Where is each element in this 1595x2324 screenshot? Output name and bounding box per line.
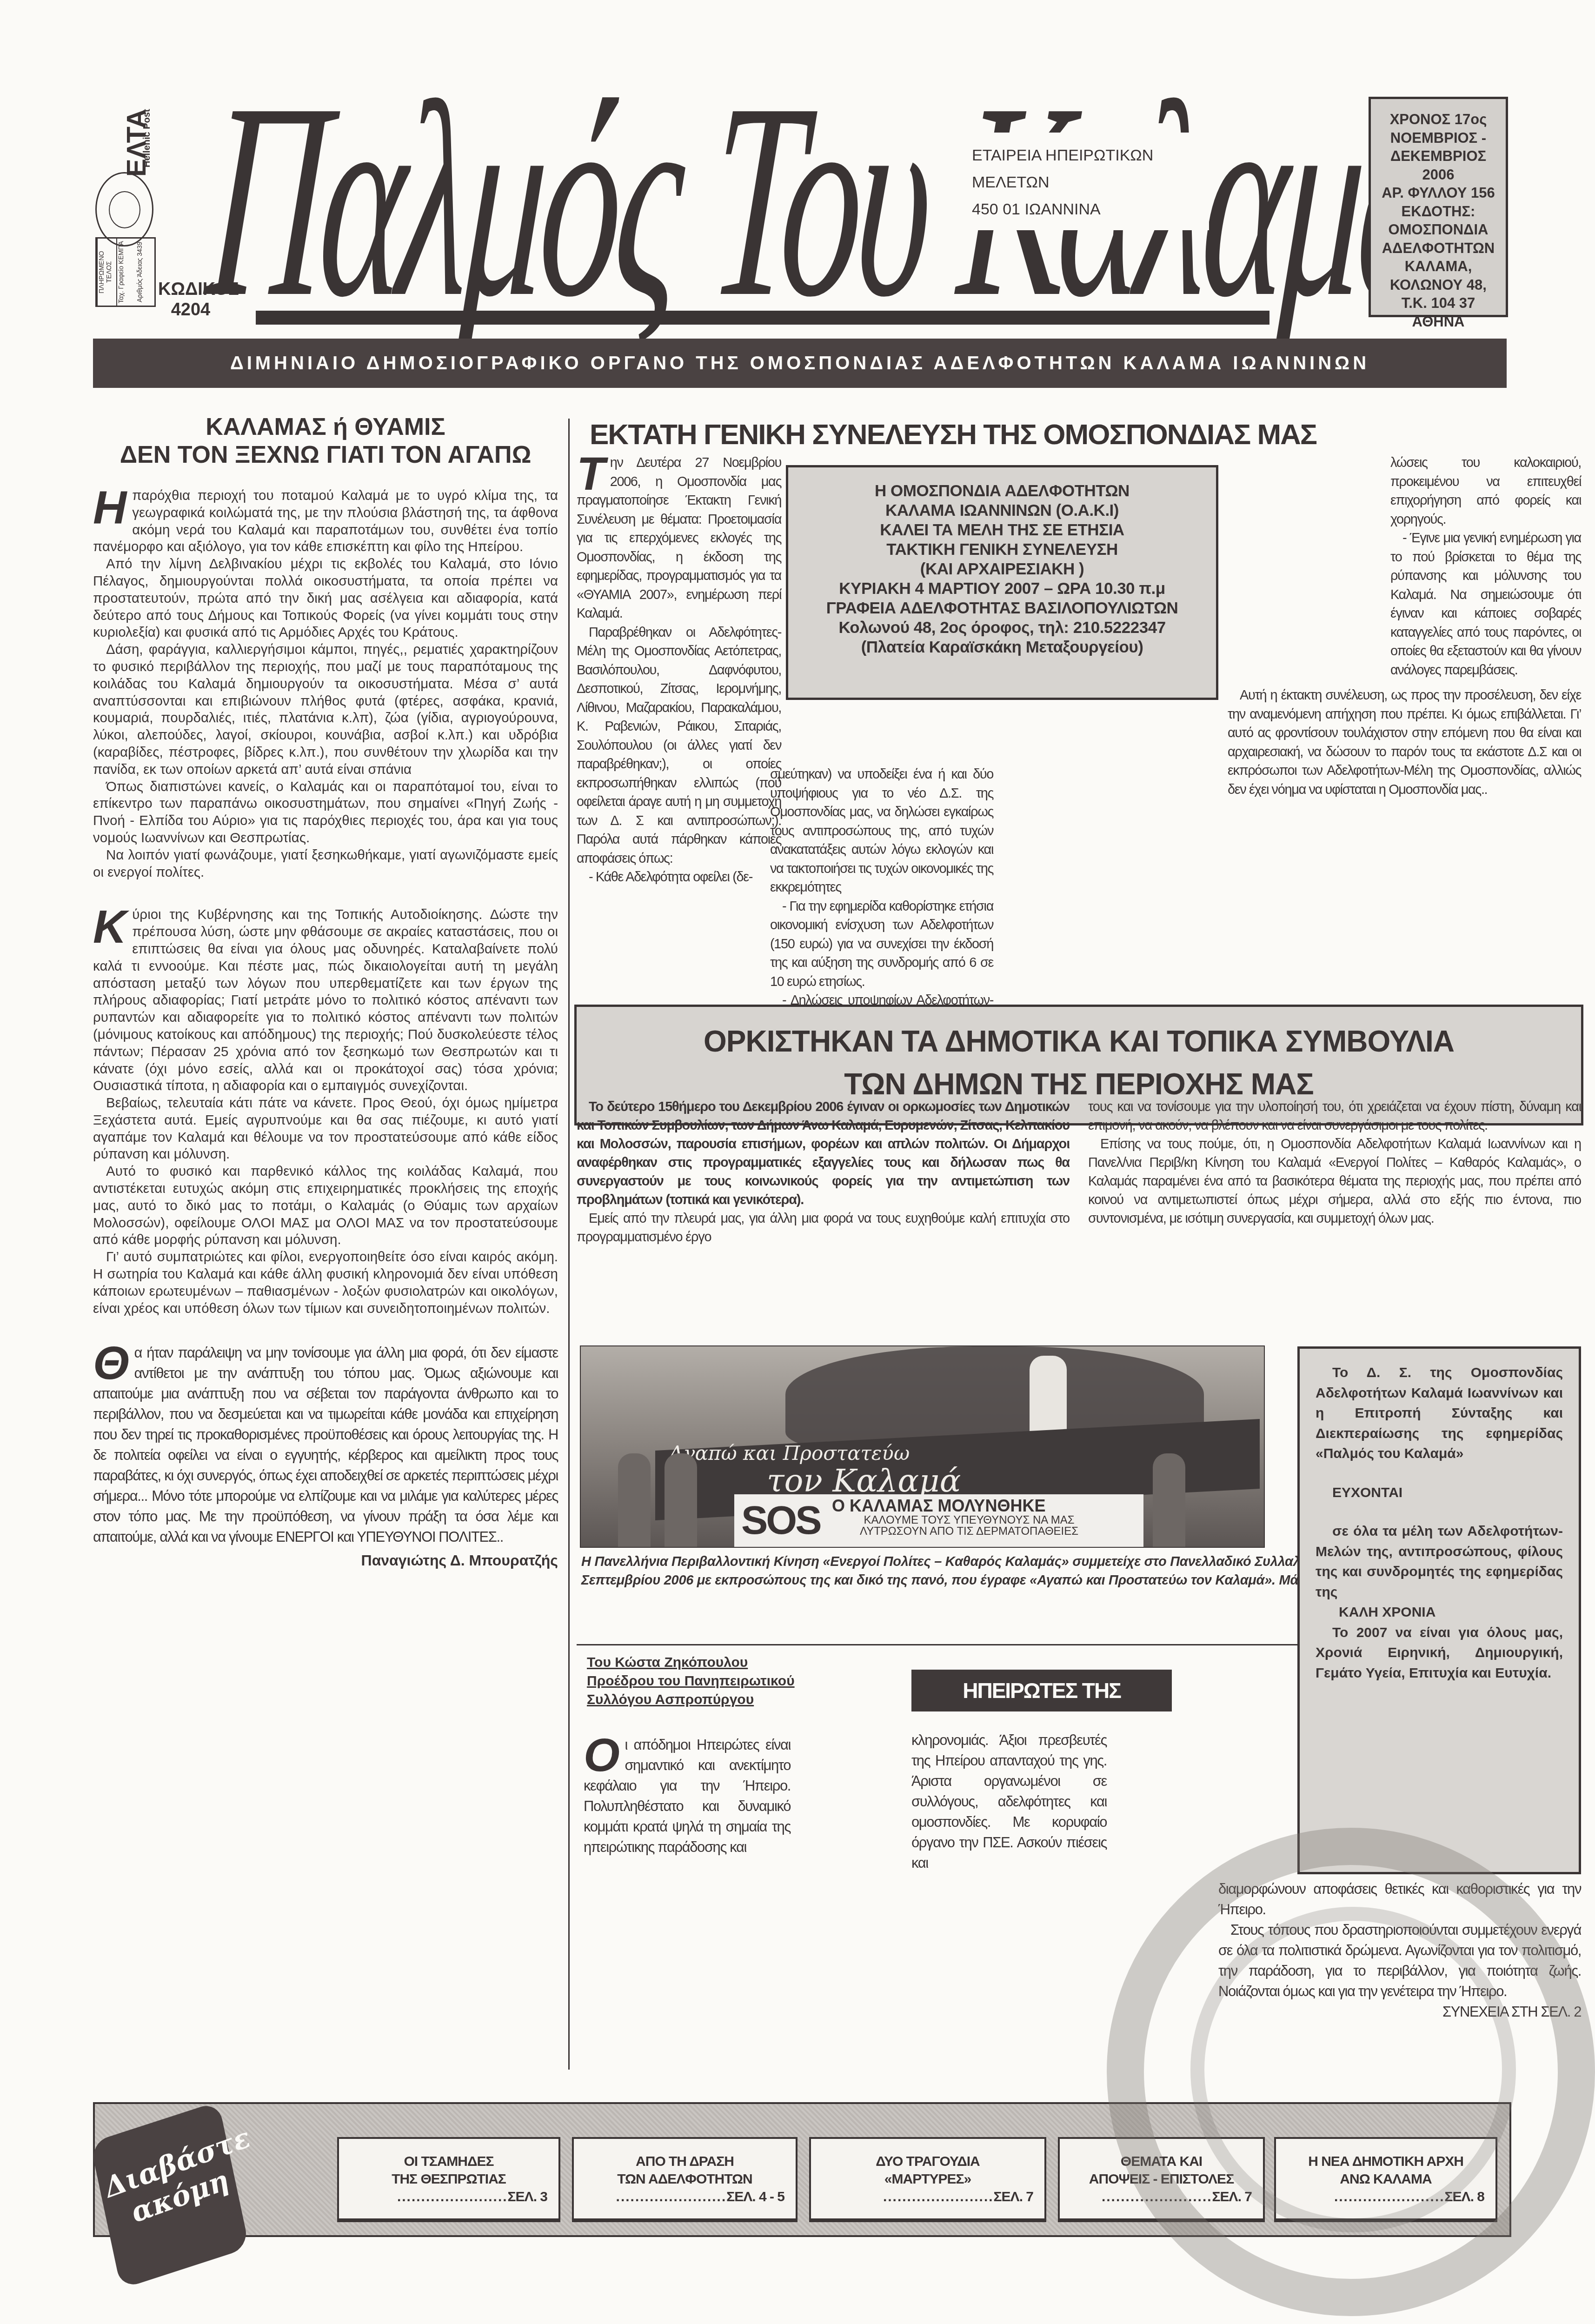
paragraph: Δάση, φαράγγια, καλλιεργήσιμοι κάμποι, π…: [93, 641, 558, 778]
dropcap: Ο: [584, 1737, 619, 1774]
banner-text: Αγαπώ και Προστατεύω: [669, 1442, 910, 1465]
person-figure: [618, 1453, 651, 1548]
paragraph: Αυτό το φυσικό και παρθενικό κάλλος της …: [93, 1163, 558, 1249]
notice-line: (ΚΑΙ ΑΡΧΑΙΡΕΣΙΑΚΗ ): [788, 559, 1216, 579]
dropcap: Η: [93, 489, 126, 526]
paid-box-line: Ταχ. Γραφείο ΚΕΜΠΑ: [116, 239, 136, 306]
diaspora-column-1: Οι απόδημοι Ηπειρώτες είναι σημαντικό κα…: [584, 1735, 791, 1858]
newspaper-title: Παλμός Του Καλαμά: [201, 60, 1447, 340]
paragraph: - Έγινε μια γενική ενημέρωση για το πού …: [1390, 529, 1581, 679]
assembly-column-2: σμεύτηκαν) να υποδείξει ένα ή και δύο υπ…: [770, 765, 993, 1029]
byline-line: Προέδρου του Πανηπειρωτικού: [587, 1672, 847, 1691]
notice-line: ΚΑΛΕΙ ΤΑ ΜΕΛΗ ΤΗΣ ΣΕ ΕΤΗΣΙΑ: [788, 520, 1216, 540]
paragraph: Εμείς από την πλευρά μας, για άλλη μια φ…: [577, 1209, 1070, 1246]
teaser-title: «ΜΑΡΤΥΡΕΣ»: [811, 2171, 1044, 2188]
dropcap: Τ: [577, 455, 605, 493]
diaspora-column-3: διαμορφώνουν αποφάσεις θετικές και καθορ…: [1218, 1879, 1581, 2022]
greetings-box: Το Δ. Σ. της Ομοσπονδίας Αδελφοτήτων Καλ…: [1297, 1346, 1581, 1874]
paragraph: ύριοι της Κυβέρνησης και της Τοπικής Αυτ…: [93, 907, 558, 1093]
teaser-title: ΤΩΝ ΑΔΕΛΦΟΤΗΤΩΝ: [574, 2171, 796, 2188]
paid-box-line: ΠΛΗΡΩΜΕΝΟ ΤΕΛΟΣ: [97, 239, 116, 306]
paragraph: - Κάθε Αδελφότητα οφείλει (δε-: [577, 868, 781, 887]
paragraph: Στους τόπους που δραστηριοποιούνται συμμ…: [1218, 1920, 1581, 2002]
paragraph: Το Δ. Σ. της Ομοσπονδίας Αδελφοτήτων Καλ…: [1316, 1363, 1563, 1464]
paragraph: ΕΥΧΟΝΤΑΙ: [1316, 1483, 1563, 1503]
issue-line: ΑΔΕΛΦΟΤΗΤΩΝ: [1371, 239, 1506, 258]
paragraph: Από την λίμνη Δελβινακίου μέχρι τις εκβο…: [93, 556, 558, 641]
paragraph: ην Δευτέρα 27 Νοεμβρίου 2006, η Ομοσπονδ…: [577, 455, 781, 621]
headline-line: ΔΕΝ ΤΟΝ ΞΕΧΝΩ ΓΙΑΤΙ ΤΟΝ ΑΓΑΠΩ: [93, 441, 558, 469]
assembly-notice-box: Η ΟΜΟΣΠΟΝΔΙΑ ΑΔΕΛΦΟΤΗΤΩΝ ΚΑΛΑΜΑ ΙΩΑΝΝΙΝΩ…: [786, 465, 1218, 700]
notice-line: ΓΡΑΦΕΙΑ ΑΔΕΛΦΟΤΗΤΑΣ ΒΑΣΙΛΟΠΟΥΛΙΩΤΩΝ: [788, 599, 1216, 618]
publisher-line: 450 01 ΙΩΑΝΝΙΝΑ: [972, 196, 1200, 223]
notice-line: Η ΟΜΟΣΠΟΝΔΙΑ ΑΔΕΛΦΟΤΗΤΩΝ: [788, 481, 1216, 501]
sos-title: Ο ΚΑΛΑΜΑΣ ΜΟΛΥΝΘΗΚΕ: [832, 1496, 1045, 1516]
issue-line: ΝΟΕΜΒΡΙΟΣ -: [1371, 129, 1506, 147]
paragraph: Το 2007 να είναι για όλους μας, Χρονιά Ε…: [1316, 1623, 1563, 1684]
teaser-title: ΔΥΟ ΤΡΑΓΟΥΔΙΑ: [811, 2153, 1044, 2171]
paragraph: Γι’ αυτό συμπατριώτες και φίλοι, ενεργοπ…: [93, 1249, 558, 1317]
teaser-title: ΘΕΜΑΤΑ ΚΑΙ: [1060, 2153, 1263, 2171]
paragraph: Βεβαίως, τελευταία κάτι πάτε να κάνετε. …: [93, 1095, 558, 1163]
issue-line: ΚΑΛΑΜΑ,: [1371, 257, 1506, 276]
sos-text: SOS: [741, 1498, 820, 1544]
dropcap: Κ: [93, 908, 126, 946]
postal-stamp-icon: [95, 172, 153, 246]
headline-line: ΟΡΚΙΣΤΗΚΑΝ ΤΑ ΔΗΜΟΤΙΚΑ ΚΑΙ ΤΟΠΙΚΑ ΣΥΜΒΟΥ…: [577, 1020, 1581, 1063]
column-divider: [568, 419, 570, 2070]
paragraph: - Για την εφημερίδα καθορίστηκε ετήσια ο…: [770, 897, 993, 992]
paragraph: σμεύτηκαν) να υποδείξει ένα ή και δύο υπ…: [770, 765, 993, 897]
teaser-page: ΣΕΛ. 4 - 5: [574, 2188, 796, 2206]
notice-line: ΤΑΚΤΙΚΗ ΓΕΝΙΚΗ ΣΥΝΕΛΕΥΣΗ: [788, 540, 1216, 559]
issue-line: ΔΕΚΕΜΒΡΙΟΣ: [1371, 147, 1506, 166]
paragraph: σε όλα τα μέλη των Αδελφοτήτων-Μελών της…: [1316, 1521, 1563, 1602]
teaser-item[interactable]: Η ΝΕΑ ΔΗΜΟΤΙΚΗ ΑΡΧΗ ΑΝΩ ΚΑΛΑΜΑ ΣΕΛ. 8: [1274, 2137, 1497, 2222]
publisher-line: ΜΕΛΕΤΩΝ: [972, 169, 1200, 196]
paid-box-line: Αριθμός Άδειας 3439: [136, 239, 154, 306]
byline-line: Του Κώστα Ζηκόπουλου: [587, 1653, 847, 1672]
teaser-page: ΣΕΛ. 7: [1060, 2188, 1263, 2206]
person-figure: [665, 1453, 697, 1548]
dropcap: Θ: [93, 1345, 128, 1382]
issue-line: ΕΚΔΟΤΗΣ:: [1371, 202, 1506, 221]
paragraph: Παραβρέθηκαν οι Αδελφότητες-Μέλη της Ομο…: [577, 623, 781, 868]
paragraph: παρόχθια περιοχή του ποταμού Καλαμά με τ…: [93, 488, 558, 554]
oath-column-1: Το δεύτερο 15θήμερο του Δεκεμβρίου 2006 …: [577, 1098, 1070, 1246]
issue-line: ΑΘΗΝΑ: [1371, 313, 1506, 331]
publisher-line: ΕΤΑΙΡΕΙΑ ΗΠΕΙΡΩΤΙΚΩΝ: [972, 142, 1200, 169]
headline-line: ΚΑΛΑΜΑΣ ή ΘΥΑΜΙΣ: [93, 413, 558, 441]
issue-line: ΑΡ. ΦΥΛΛΟΥ 156: [1371, 184, 1506, 202]
elta-brand-sub: Hellenic Post: [142, 109, 153, 167]
assembly-headline: ΕΚΤΑΤΗ ΓΕΝΙΚΗ ΣΥΝΕΛΕΥΣΗ ΤΗΣ ΟΜΟΣΠΟΝΔΙΑΣ …: [590, 416, 1575, 453]
author-signature: Παναγιώτης Δ. Μπουρατζής: [93, 1552, 558, 1569]
notice-line: ΚΑΛΑΜΑ ΙΩΑΝΝΙΝΩΝ (Ο.Α.Κ.Ι): [788, 501, 1216, 520]
paragraph: διαμορφώνουν αποφάσεις θετικές και καθορ…: [1218, 1879, 1581, 1920]
teaser-title: ΑΝΩ ΚΑΛΑΜΑ: [1276, 2171, 1495, 2188]
notice-line: ΚΥΡΙΑΚΗ 4 ΜΑΡΤΙΟΥ 2007 – ΩΡΑ 10.30 π.μ: [788, 579, 1216, 599]
publisher-box: ΕΤΑΙΡΕΙΑ ΗΠΕΙΡΩΤΙΚΩΝ ΜΕΛΕΤΩΝ 450 01 ΙΩΑΝ…: [930, 133, 1209, 230]
issue-line: 2006: [1371, 166, 1506, 184]
paragraph: Το δεύτερο 15θήμερο του Δεκεμβρίου 2006 …: [577, 1098, 1070, 1209]
paragraph: α ήταν παράλειψη να μην τονίσουμε για άλ…: [93, 1345, 558, 1545]
teaser-page: ΣΕΛ. 7: [811, 2188, 1044, 2206]
paragraph: λώσεις του καλοκαιριού, προκειμένου να ε…: [1390, 453, 1581, 529]
article-kalamas: ΚΑΛΑΜΑΣ ή ΘΥΑΜΙΣ ΔΕΝ ΤΟΝ ΞΕΧΝΩ ΓΙΑΤΙ ΤΟΝ…: [93, 413, 558, 1569]
teaser-item[interactable]: ΘΕΜΑΤΑ ΚΑΙ ΑΠΟΨΕΙΣ - ΕΠΙΣΤΟΛΕΣ ΣΕΛ. 7: [1058, 2137, 1265, 2222]
article-body: Ηπαρόχθια περιοχή του ποταμού Καλαμά με …: [93, 487, 558, 1343]
diaspora-headline: ΗΠΕΙΡΩΤΕΣ ΤΗΣ ΔΙΑΣΠΟΡΑΣ: [911, 1670, 1172, 1711]
issue-line: ΟΜΟΣΠΟΝΔΙΑ: [1371, 220, 1506, 239]
paragraph: Αυτή η έκτακτη συνέλευση, ως προς την πρ…: [1228, 686, 1581, 799]
diaspora-byline: Του Κώστα Ζηκόπουλου Προέδρου του Πανηπε…: [587, 1653, 847, 1709]
teaser-page: ΣΕΛ. 8: [1276, 2188, 1495, 2206]
paragraph: ΚΑΛΗ ΧΡΟΝΙΑ: [1316, 1602, 1563, 1623]
person-figure: [1153, 1453, 1185, 1548]
paragraph: Να λοιπόν γιατί φωνάζουμε, γιατί ξεσηκωθ…: [93, 847, 558, 881]
issue-line: ΚΟΛΩΝΟΥ 48,: [1371, 276, 1506, 294]
notice-line: Κολωνού 48, 2ος όροφος, τηλ: 210.5222347: [788, 618, 1216, 638]
issue-line: ΧΡΟΝΟΣ 17ος: [1371, 110, 1506, 129]
paragraph: Όπως διαπιστώνει κανείς, ο Καλαμάς και ο…: [93, 779, 558, 847]
paragraph: Επίσης να τους πούμε, ότι, η Ομοσπονδία …: [1088, 1135, 1581, 1228]
paragraph: τους και να τονίσουμε για την υλοποίησή …: [1088, 1098, 1581, 1135]
protest-photo: Αγαπώ και Προστατεύω τον Καλαμά SOS Ο ΚΑ…: [580, 1345, 1265, 1548]
diaspora-column-2: κληρονομιάς. Άξιοι πρεσβευτές της Ηπείρο…: [809, 1730, 1107, 1873]
teaser-title: ΑΠΟ ΤΗ ΔΡΑΣΗ: [574, 2153, 796, 2171]
teaser-title: Η ΝΕΑ ΔΗΜΟΤΙΚΗ ΑΡΧΗ: [1276, 2153, 1495, 2171]
continued-link[interactable]: ΣΥΝΕΧΕΙΑ ΣΤΗ ΣΕΛ. 2: [1218, 2002, 1581, 2022]
teaser-item[interactable]: ΟΙ ΤΣΑΜΗΔΕΣ ΤΗΣ ΘΕΣΠΡΩΤΙΑΣ ΣΕΛ. 3: [337, 2137, 560, 2222]
oath-column-2: τους και να τονίσουμε για την υλοποίησή …: [1088, 1098, 1581, 1228]
assembly-column-1: Την Δευτέρα 27 Νοεμβρίου 2006, η Ομοσπον…: [577, 453, 781, 887]
paragraph: κληρονομιάς. Άξιοι πρεσβευτές της Ηπείρο…: [911, 1730, 1107, 1873]
teaser-page: ΣΕΛ. 3: [339, 2188, 558, 2206]
masthead-subtitle: ΔΙΜΗΝΙΑΙΟ ΔΗΜΟΣΙΟΓΡΑΦΙΚΟ ΟΡΓΑΝΟ ΤΗΣ ΟΜΟΣ…: [93, 339, 1507, 388]
sos-subtitle: ΚΑΛΟΥΜΕ ΤΟΥΣ ΥΠΕΥΘΥΝΟΥΣ ΝΑ ΜΑΣ ΛΥΤΡΩΣΟΥΝ…: [841, 1515, 1097, 1537]
byline-line: Συλλόγου Ασπροπύργου: [587, 1691, 847, 1709]
assembly-column-3: λώσεις του καλοκαιριού, προκειμένου να ε…: [1218, 453, 1581, 799]
article-headline: ΚΑΛΑΜΑΣ ή ΘΥΑΜΙΣ ΔΕΝ ΤΟΝ ΞΕΧΝΩ ΓΙΑΤΙ ΤΟΝ…: [93, 413, 558, 469]
teaser-title: ΟΙ ΤΣΑΜΗΔΕΣ: [339, 2153, 558, 2171]
issue-line: Τ.Κ. 104 37: [1371, 294, 1506, 313]
article-body-condensed: Θα ήταν παράλειψη να μην τονίσουμε για ά…: [93, 1343, 558, 1547]
teaser-item[interactable]: ΑΠΟ ΤΗ ΔΡΑΣΗ ΤΩΝ ΑΔΕΛΦΟΤΗΤΩΝ ΣΕΛ. 4 - 5: [572, 2137, 797, 2222]
postage-paid-box: ΠΛΗΡΩΜΕΝΟ ΤΕΛΟΣ Ταχ. Γραφείο ΚΕΜΠΑ Αριθμ…: [95, 237, 156, 307]
logo-underline: [256, 311, 1269, 325]
teaser-title: ΑΠΟΨΕΙΣ - ΕΠΙΣΤΟΛΕΣ: [1060, 2171, 1263, 2188]
teaser-title: ΤΗΣ ΘΕΣΠΡΩΤΙΑΣ: [339, 2171, 558, 2188]
teaser-item[interactable]: ΔΥΟ ΤΡΑΓΟΥΔΙΑ «ΜΑΡΤΥΡΕΣ» ΣΕΛ. 7: [809, 2137, 1046, 2222]
notice-line: (Πλατεία Καραϊσκάκη Μεταξουργείου): [788, 638, 1216, 657]
issue-info-box: ΧΡΟΝΟΣ 17ος ΝΟΕΜΒΡΙΟΣ - ΔΕΚΕΜΒΡΙΟΣ 2006 …: [1369, 97, 1508, 317]
